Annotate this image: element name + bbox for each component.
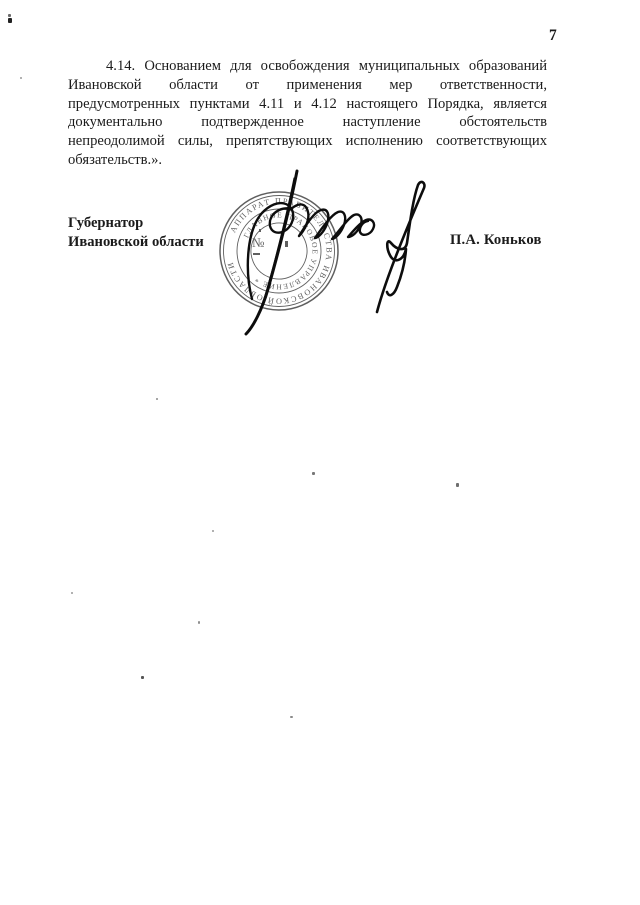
stamp-and-signature: АППАРАТ ПРАВИТЕЛЬСТВА ИВАНОВСКОЙ ОБЛАСТИ… [200,160,445,345]
paragraph-line: предусмотренных пунктами 4.11 и 4.12 нас… [68,95,547,114]
signature-flourish [377,182,424,312]
signer-post-line2: Ивановской области [68,233,204,252]
scan-speck [71,592,73,594]
signer-post-line1: Губернатор [68,214,204,233]
document-page: 7 4.14. Основанием для освобождения муни… [0,0,640,905]
scan-speck [198,621,200,624]
scan-speck [456,483,459,487]
scan-speck [212,530,214,532]
scan-speck [20,77,22,79]
signer-name: П.А. Коньков [450,232,542,249]
scan-speck [156,398,158,400]
paragraph-4-14: 4.14. Основанием для освобождения муници… [68,57,547,170]
page-number: 7 [549,27,557,45]
scan-speck [141,676,144,679]
scan-speck [8,14,11,17]
scan-speck [290,716,293,718]
scan-speck [8,18,12,23]
paragraph-line: документально подтвержденное наступление… [68,113,547,132]
paragraph-line: 4.14. Основанием для освобождения муници… [68,57,547,76]
stamp-number-mark: № [252,235,264,250]
scan-speck [312,472,315,475]
paragraph-line: непреодолимой силы, препятствующих испол… [68,132,547,151]
paragraph-line: Ивановской области от применения мер отв… [68,76,547,95]
signer-post: Губернатор Ивановской области [68,214,204,251]
